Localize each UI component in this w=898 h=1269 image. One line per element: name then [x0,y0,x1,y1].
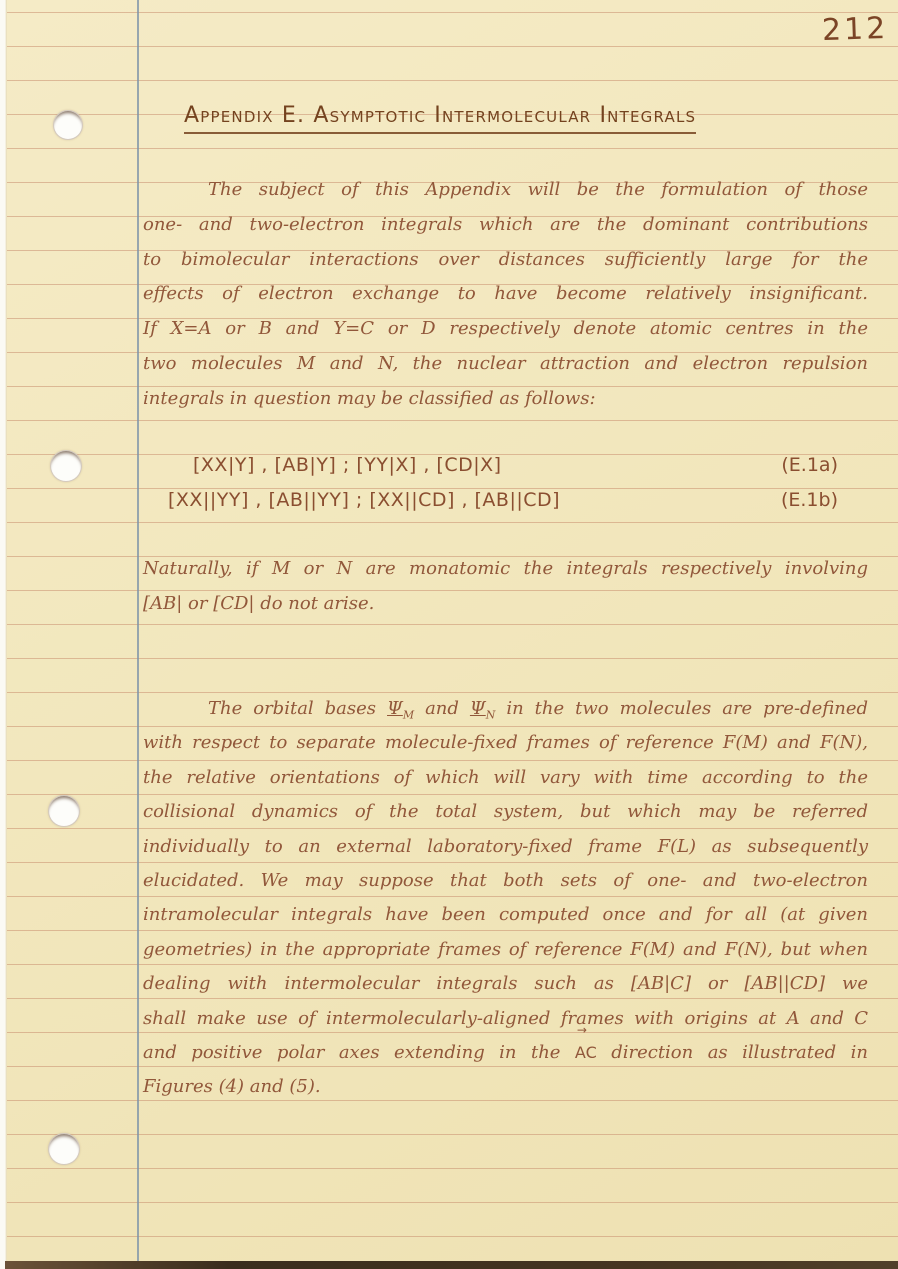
handwritten-line: individually to an external laboratory-f… [143,830,868,864]
handwritten-line: elucidated. We may suppose that both set… [143,864,868,898]
page-title: Appendix E. Asymptotic Intermolecular In… [184,103,696,134]
handwritten-line: the relative orientations of which will … [143,761,868,795]
ac-vector: →AC [575,1036,597,1070]
line-text: The orbital bases [208,698,387,719]
line-text: direction as illustrated in [597,1042,868,1063]
line-text: and [414,698,470,719]
handwritten-line: dealing with intermolecular integrals su… [143,967,868,1001]
title-row: Appendix E. Asymptotic Intermolecular In… [184,103,824,134]
paragraph-naturally: Naturally, if M or N are monatomic the i… [143,551,868,621]
handwritten-line: The orbital bases ΨM and ΨN in the two m… [143,692,868,726]
punch-hole [48,795,80,827]
page-left-edge [0,0,7,1269]
paragraph-intro: The subject of this Appendix will be the… [143,173,868,417]
handwritten-line: one- and two-electron integrals which ar… [143,208,868,243]
handwritten-line: shall make use of intermolecularly-align… [143,1002,868,1036]
equation-expression: [XX|Y] , [AB|Y] ; [YY|X] , [CD|X] [193,454,502,476]
line-text: in the two molecules are pre-defined [495,698,868,719]
notebook-page: 212 Appendix E. Asymptotic Intermolecula… [0,0,898,1269]
punch-hole [53,110,83,140]
handwritten-line: Naturally, if M or N are monatomic the i… [143,551,868,586]
equation-label: (E.1b) [781,483,838,518]
handwritten-line: to bimolecular interactions over distanc… [143,243,868,278]
handwritten-line: with respect to separate molecule-fixed … [143,726,868,760]
handwritten-line: [AB| or [CD| do not arise. [143,586,868,621]
handwritten-line: geometries) in the appropriate frames of… [143,933,868,967]
equation-row: [XX||YY] , [AB||YY] ; [XX||CD] , [AB||CD… [143,483,868,518]
handwritten-line: Figures (4) and (5). [143,1070,868,1104]
equation-expression: [XX||YY] , [AB||YY] ; [XX||CD] , [AB||CD… [168,489,560,511]
handwritten-line: The subject of this Appendix will be the… [143,173,868,208]
handwritten-line: If X=A or B and Y=C or D respectively de… [143,312,868,347]
handwritten-line: two molecules M and N, the nuclear attra… [143,347,868,382]
page-number: 212 [821,11,888,48]
handwritten-line: effects of electron exchange to have bec… [143,277,868,312]
equation-row: [XX|Y] , [AB|Y] ; [YY|X] , [CD|X] (E.1a) [143,448,868,483]
equation-block: [XX|Y] , [AB|Y] ; [YY|X] , [CD|X] (E.1a)… [143,448,868,518]
equation-label: (E.1a) [781,448,838,483]
psi-m-symbol: ΨM [387,698,414,719]
margin-line [137,0,139,1262]
handwritten-line: collisional dynamics of the total system… [143,795,868,829]
psi-n-symbol: ΨN [470,698,495,719]
vector-arrow-icon: → [577,1025,587,1035]
page-bottom-edge [5,1261,898,1269]
handwritten-line: intramolecular integrals have been compu… [143,898,868,932]
punch-hole [48,1133,80,1165]
handwritten-line: and positive polar axes extending in the… [143,1036,868,1070]
line-text: and positive polar axes extending in the [143,1042,575,1063]
handwritten-line: integrals in question may be classified … [143,382,868,417]
paragraph-orbital-bases: The orbital bases ΨM and ΨN in the two m… [143,692,868,1105]
punch-hole [50,450,82,482]
